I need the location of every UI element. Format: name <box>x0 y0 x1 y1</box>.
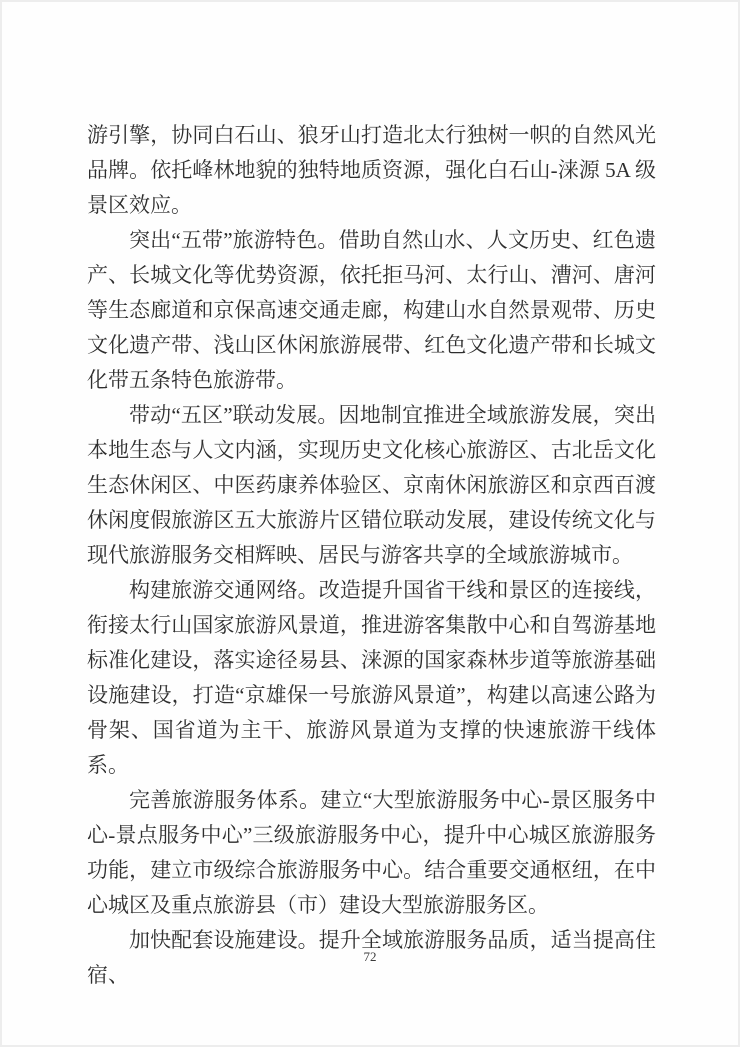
page-body-text: 游引擎，协同白石山、狼牙山打造北太行独树一帜的自然风光品牌。依托峰林地貌的独特地… <box>87 118 656 993</box>
document-page: 游引擎，协同白石山、狼牙山打造北太行独树一帜的自然风光品牌。依托峰林地貌的独特地… <box>0 0 740 1047</box>
body-paragraph: 带动“五区”联动发展。因地制宜推进全域旅游发展，突出本地生态与人文内涵，实现历史… <box>87 398 656 573</box>
body-paragraph: 构建旅游交通网络。改造提升国省干线和景区的连接线，衔接太行山国家旅游风景道，推进… <box>87 573 656 783</box>
page-number: 72 <box>0 948 740 966</box>
body-paragraph: 游引擎，协同白石山、狼牙山打造北太行独树一帜的自然风光品牌。依托峰林地貌的独特地… <box>87 118 656 223</box>
body-paragraph: 完善旅游服务体系。建立“大型旅游服务中心-景区服务中心-景点服务中心”三级旅游服… <box>87 783 656 923</box>
body-paragraph: 突出“五带”旅游特色。借助自然山水、人文历史、红色遗产、长城文化等优势资源，依托… <box>87 223 656 398</box>
